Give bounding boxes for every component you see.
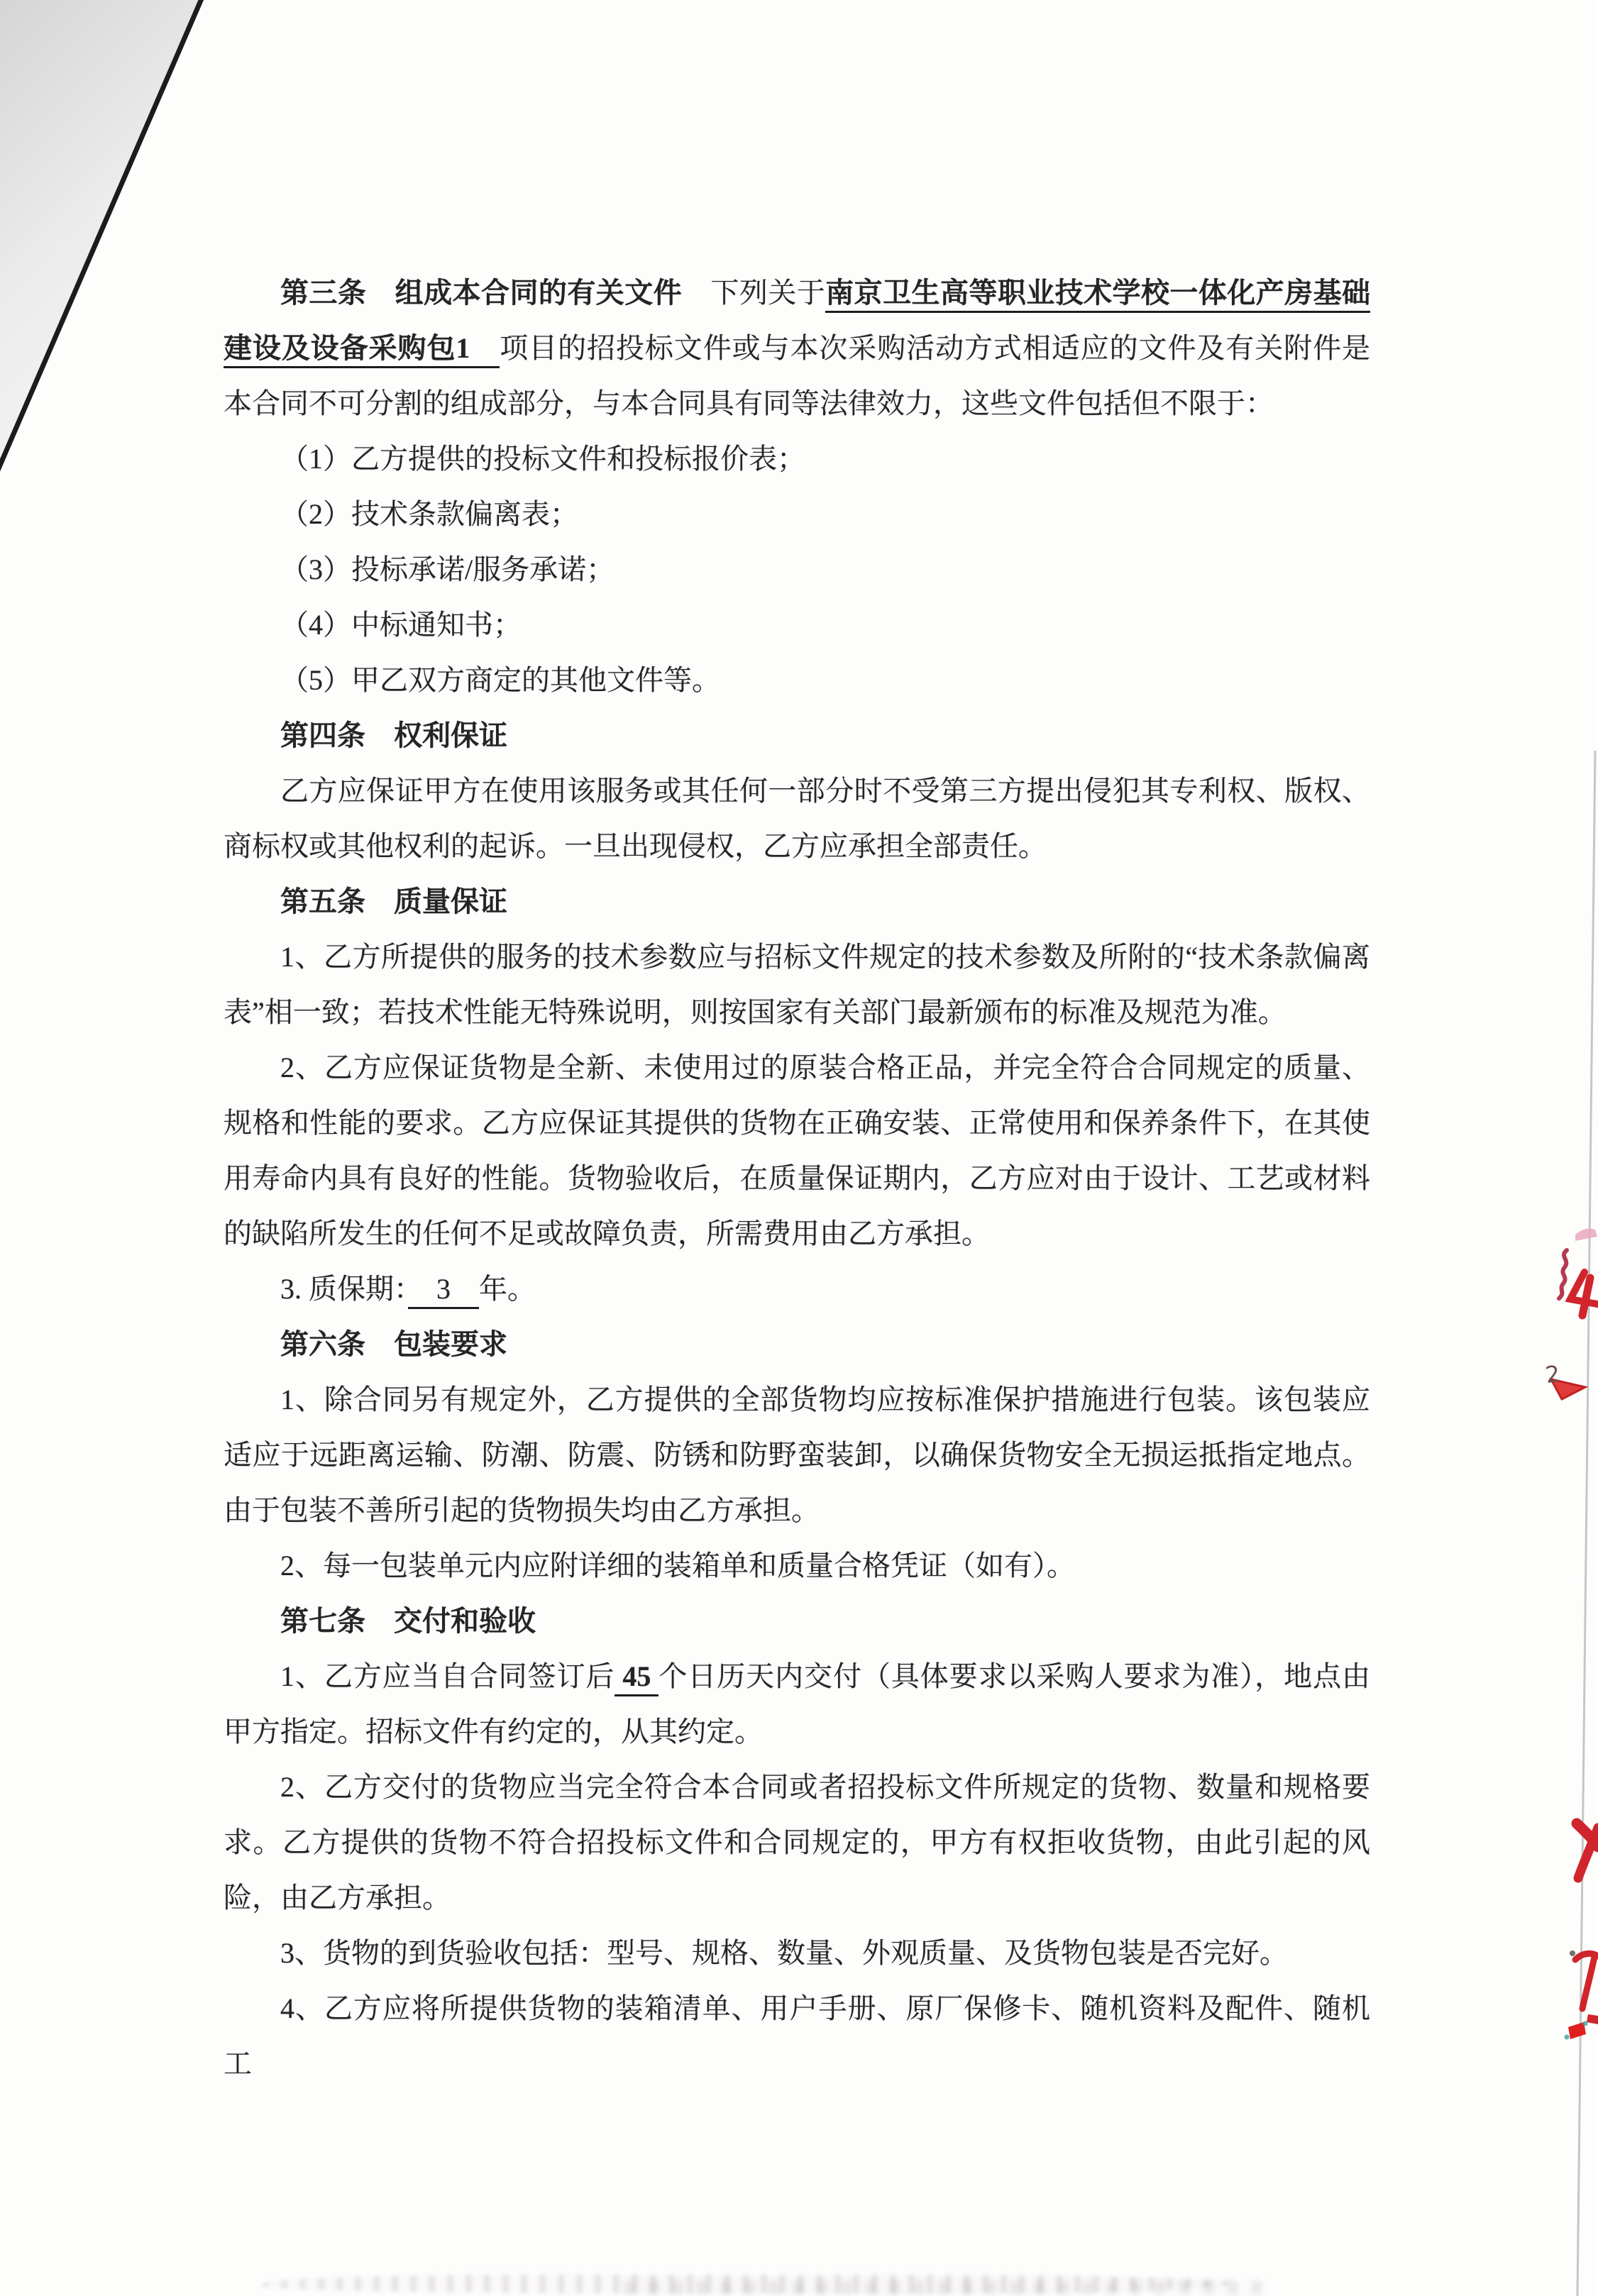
text-segment: 1、除合同另有规定外，乙方提供的全部货物均应按标准保护措施进行包装。该包装应适应… (224, 1384, 1370, 1526)
scanned-contract-page: 第三条 组成本合同的有关文件 下列关于南京卫生高等职业技术学校一体化产房基础建设… (0, 0, 1598, 2296)
paragraph-clause6-heading: 第六条 包装要求 (224, 1317, 1370, 1372)
teal-speck-left (1565, 2035, 1570, 2040)
red-squiggle-mark (1559, 1250, 1567, 1298)
paragraph-clause5-heading: 第五条 质量保证 (224, 874, 1370, 929)
paragraph-item-2: （2）技术条款偏离表； (224, 487, 1370, 542)
text-segment: 年。 (479, 1273, 536, 1305)
paragraph-clause4-body: 乙方应保证甲方在使用该服务或其任何一部分时不受第三方提出侵犯其专利权、版权、商标… (224, 763, 1370, 874)
ink-speck (1570, 1950, 1575, 1956)
scan-bottom-smudge-right (624, 2280, 1263, 2295)
paragraph-clause4-heading: 第四条 权利保证 (224, 708, 1370, 763)
page-corner-fold (0, 0, 213, 482)
text-segment: 2、每一包装单元内应附详细的装箱单和质量合格凭证（如有）。 (280, 1550, 1075, 1582)
text-segment: 3、货物的到货验收包括：型号、规格、数量、外观质量、及货物包装是否完好。 (280, 1937, 1288, 1969)
page-edge-line (1577, 751, 1595, 2296)
paragraph-item-5: （5）甲乙双方商定的其他文件等。 (224, 653, 1370, 708)
text-segment: 45 (615, 1660, 659, 1696)
text-segment: 2、乙方交付的货物应当完全符合本合同或者招投标文件所规定的货物、数量和规格要求。… (224, 1771, 1370, 1914)
paragraph-clause7-p2: 2、乙方交付的货物应当完全符合本合同或者招投标文件所规定的货物、数量和规格要求。… (224, 1760, 1370, 1926)
red-stroke-mid-2 (1578, 1828, 1598, 1878)
text-segment: （3）投标承诺/服务承诺； (280, 553, 615, 585)
text-segment: 2、乙方应保证货物是全新、未使用过的原装合格正品，并完全符合合同规定的质量、规格… (224, 1052, 1370, 1249)
paragraph-clause6-p1: 1、除合同另有规定外，乙方提供的全部货物均应按标准保护措施进行包装。该包装应适应… (224, 1372, 1370, 1538)
paragraph-clause7-p1: 1、乙方应当自合同签订后 45 个日历天内交付（具体要求以采购人要求为准），地点… (224, 1649, 1370, 1760)
text-segment: （4）中标通知书； (280, 609, 522, 641)
paragraph-item-3: （3）投标承诺/服务承诺； (224, 542, 1370, 597)
red-character-fragment-top (1570, 1272, 1597, 1304)
red-character-fragment-stroke (1582, 1278, 1590, 1315)
red-stroke-mid-1 (1577, 1823, 1598, 1847)
text-segment: 第七条 交付和验收 (280, 1605, 536, 1637)
paragraph-clause7-p4: 4、乙方应将所提供货物的装箱清单、用户手册、原厂保修卡、随机资料及配件、随机工 (224, 1981, 1370, 2092)
teal-speck-right (1583, 2021, 1588, 2026)
red-bar-fragment (1587, 2014, 1598, 2024)
red-dash-mark (1568, 2022, 1586, 2039)
text-segment: （1）乙方提供的投标文件和投标报价表； (280, 443, 805, 475)
paragraph-clause5-p2: 2、乙方应保证货物是全新、未使用过的原装合格正品，并完全符合合同规定的质量、规格… (224, 1040, 1370, 1262)
text-segment: 1、乙方所提供的服务的技术参数应与招标文件规定的技术参数及所附的“技术条款偏离表… (224, 941, 1370, 1028)
text-segment: 4、乙方应将所提供货物的装箱清单、用户手册、原厂保修卡、随机资料及配件、随机工 (224, 1992, 1370, 2080)
text-segment: 乙方应保证甲方在使用该服务或其任何一部分时不受第三方提出侵犯其专利权、版权、商标… (224, 775, 1370, 862)
document-body: 第三条 组成本合同的有关文件 下列关于南京卫生高等职业技术学校一体化产房基础建设… (224, 265, 1370, 2092)
paragraph-clause7-p3: 3、货物的到货验收包括：型号、规格、数量、外观质量、及货物包装是否完好。 (224, 1926, 1370, 1981)
text-segment: 第五条 质量保证 (280, 885, 507, 917)
paragraph-item-1: （1）乙方提供的投标文件和投标报价表； (224, 431, 1370, 487)
paragraph-clause6-p2: 2、每一包装单元内应附详细的装箱单和质量合格凭证（如有）。 (224, 1538, 1370, 1594)
text-segment: 3 (408, 1273, 479, 1309)
text-segment: 第四条 权利保证 (280, 719, 507, 751)
handwritten-digit: 2 (1543, 1360, 1561, 1389)
paragraph-clause5-p1: 1、乙方所提供的服务的技术参数应与招标文件规定的技术参数及所附的“技术条款偏离表… (224, 929, 1370, 1040)
paragraph-clause7-heading: 第七条 交付和验收 (224, 1594, 1370, 1649)
paragraph-clause3: 第三条 组成本合同的有关文件 下列关于南京卫生高等职业技术学校一体化产房基础建设… (224, 265, 1370, 431)
text-segment: 1、乙方应当自合同签订后 (280, 1660, 615, 1692)
paragraph-clause5-p3: 3. 质保期： 3 年。 (224, 1262, 1370, 1317)
paragraph-item-4: （4）中标通知书； (224, 597, 1370, 653)
text-segment: 3. 质保期： (280, 1273, 408, 1305)
text-segment: （5）甲乙双方商定的其他文件等。 (280, 664, 720, 696)
text-segment: 第三条 组成本合同的有关文件 (280, 277, 682, 309)
pink-ink-smudge (1575, 1229, 1597, 1241)
red-hook-stroke-top (1575, 1953, 1598, 1960)
red-hook-stroke-tail (1582, 1957, 1594, 2009)
text-segment: 第六条 包装要求 (280, 1328, 507, 1360)
text-segment: （2）技术条款偏离表； (280, 498, 578, 530)
text-segment: 下列关于 (682, 277, 825, 309)
